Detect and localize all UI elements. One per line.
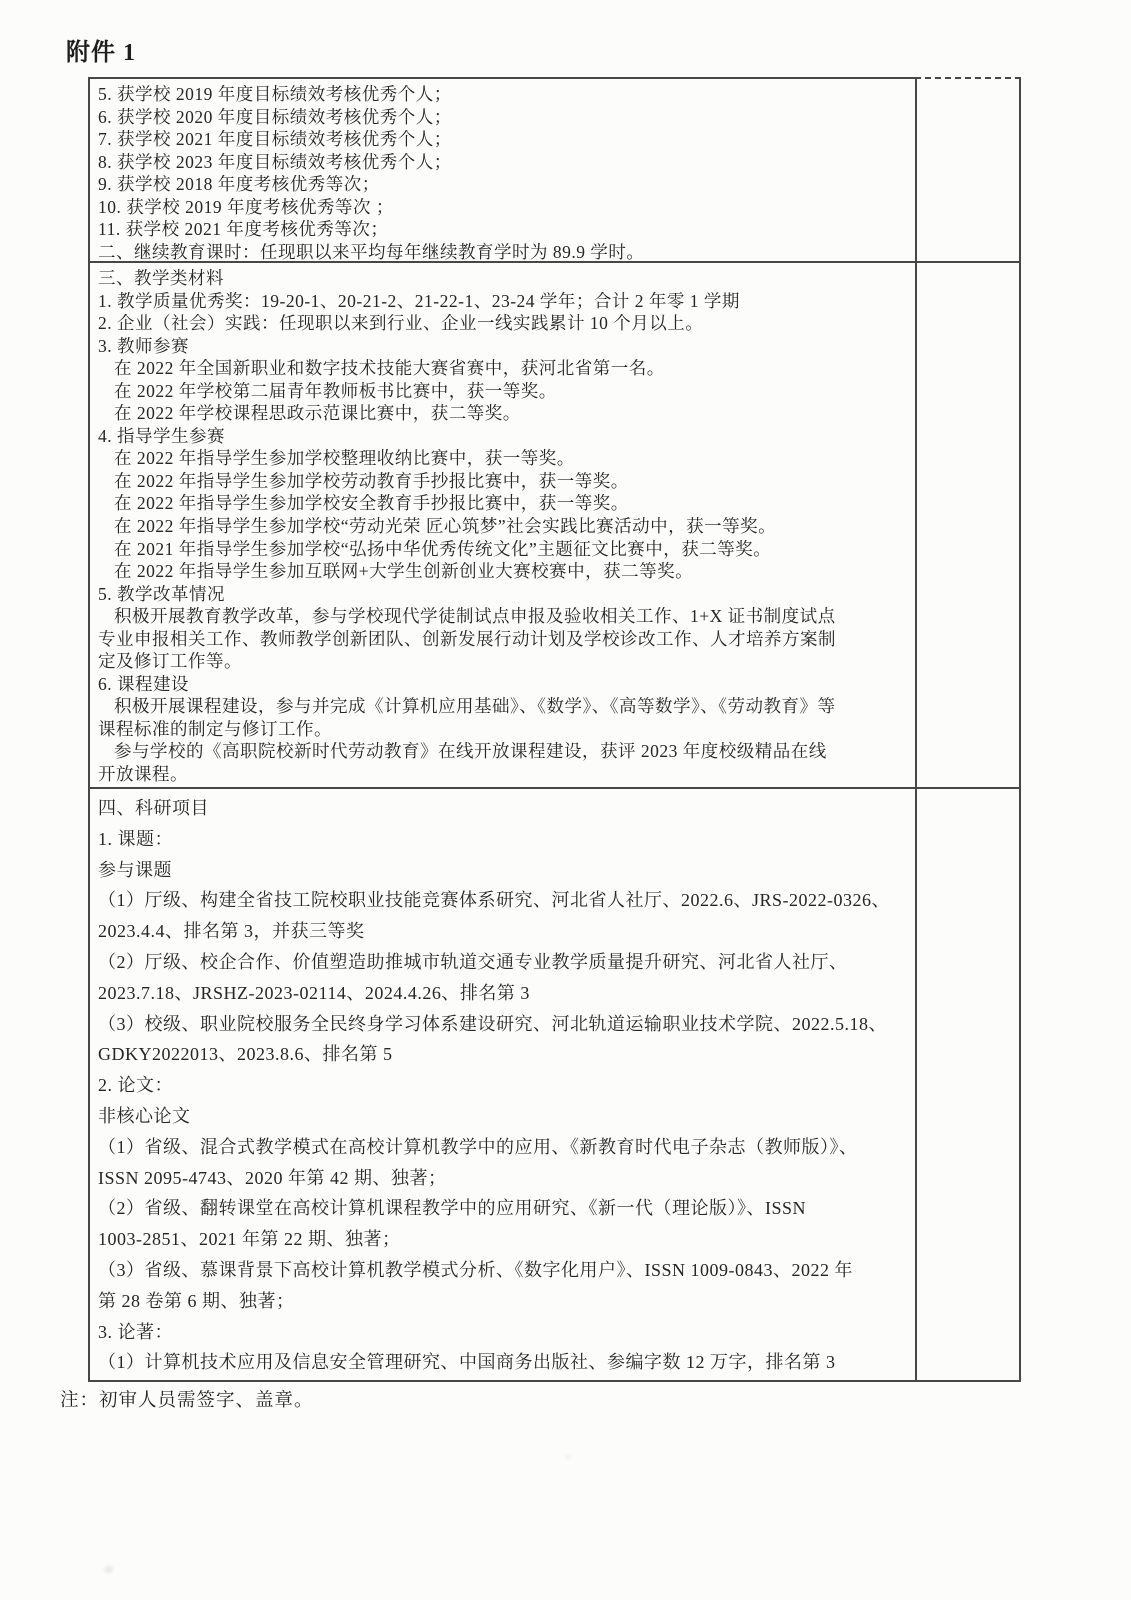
table-text-line: 6. 课程建设 — [98, 673, 909, 696]
table-text-line: 积极开展课程建设，参与并完成《计算机应用基础》、《数学》、《高等数学》、《劳动教… — [98, 695, 909, 718]
table-text-line: 在 2022 年指导学生参加互联网+大学生创新创业大赛校赛中，获二等奖。 — [98, 560, 909, 583]
table-text-line: 4. 指导学生参赛 — [98, 425, 909, 448]
table-text-line: ISSN 2095-4743、2020 年第 42 期、独著； — [98, 1163, 909, 1194]
review-materials-table: 5. 获学校 2019 年度目标绩效考核优秀个人；6. 获学校 2020 年度目… — [88, 77, 1021, 1382]
table-cell-reviewer-column-row2 — [915, 261, 1021, 787]
table-text-line: 积极开展教育教学改革，参与学校现代学徒制试点申报及验收相关工作、1+X 证书制度… — [98, 605, 909, 628]
table-text-line: （1）省级、混合式教学模式在高校计算机教学中的应用、《新教育时代电子杂志（教师版… — [98, 1132, 909, 1163]
table-text-line: 1. 课题： — [98, 824, 909, 855]
table-text-line: 3. 论著： — [98, 1317, 909, 1348]
scan-artifact — [565, 1455, 571, 1459]
table-text-line: 在 2021 年指导学生参加学校“弘扬中华优秀传统文化”主题征文比赛中，获二等奖… — [98, 538, 909, 561]
table-text-line: （2）厅级、校企合作、价值塑造助推城市轨道交通专业教学质量提升研究、河北省人社厅… — [98, 947, 909, 978]
table-text-line: （2）省级、翻转课堂在高校计算机课程教学中的应用研究、《新一代（理论版）》、IS… — [98, 1193, 909, 1224]
table-text-line: （1）厅级、构建全省技工院校职业技能竞赛体系研究、河北省人社厅、2022.6、J… — [98, 885, 909, 916]
table-text-line: 第 28 卷第 6 期、独著； — [98, 1286, 909, 1317]
table-text-line: 10. 获学校 2019 年度考核优秀等次 ； — [98, 196, 909, 219]
table-text-line: 5. 教学改革情况 — [98, 583, 909, 606]
table-cell-reviewer-column-row1 — [915, 77, 1021, 261]
table-text-line: 2. 论文： — [98, 1070, 909, 1101]
table-text-line: 2. 企业（社会）实践：任现职以来到行业、企业一线实践累计 10 个月以上。 — [98, 312, 909, 335]
table-text-line: 5. 获学校 2019 年度目标绩效考核优秀个人； — [98, 83, 909, 106]
table-cell-reviewer-column-row3 — [915, 787, 1021, 1382]
table-text-line: 2023.7.18、JRSHZ-2023-02114、2024.4.26、排名第… — [98, 978, 909, 1009]
table-cell-research-projects: 四、科研项目1. 课题：参与课题（1）厅级、构建全省技工院校职业技能竞赛体系研究… — [88, 787, 915, 1382]
table-text-line: 在 2022 年指导学生参加学校安全教育手抄报比赛中，获一等奖。 — [98, 492, 909, 515]
table-text-line: 2023.4.4、排名第 3，并获三等奖 — [98, 916, 909, 947]
table-text-line: （3）校级、职业院校服务全民终身学习体系建设研究、河北轨道运输职业技术学院、20… — [98, 1009, 909, 1040]
table-text-line: 在 2022 年指导学生参加学校“劳动光荣 匠心筑梦”社会实践比赛活动中，获一等… — [98, 515, 909, 538]
table-text-line: 课程标准的制定与修订工作。 — [98, 718, 909, 741]
table-text-line: （1）计算机技术应用及信息安全管理研究、中国商务出版社、参编字数 12 万字，排… — [98, 1347, 909, 1378]
table-text-line: （3）省级、慕课背景下高校计算机教学模式分析、《数字化用户》、ISSN 1009… — [98, 1255, 909, 1286]
table-text-line: 在 2022 年学校课程思政示范课比赛中，获二等奖。 — [98, 402, 909, 425]
table-text-line: 专业申报相关工作、教师教学创新团队、创新发展行动计划及学校诊改工作、人才培养方案… — [98, 628, 909, 651]
table-text-line: 在 2022 年指导学生参加学校整理收纳比赛中，获一等奖。 — [98, 447, 909, 470]
table-text-line: 8. 获学校 2023 年度目标绩效考核优秀个人； — [98, 151, 909, 174]
table-text-line: 6. 获学校 2020 年度目标绩效考核优秀个人； — [98, 106, 909, 129]
table-text-line: 开放课程。 — [98, 763, 909, 786]
scan-artifact — [104, 1566, 113, 1573]
table-text-line: 定及修订工作等。 — [98, 650, 909, 673]
attachment-title: 附件 1 — [66, 32, 136, 67]
table-text-line: 在 2022 年学校第二届青年教师板书比赛中，获一等奖。 — [98, 380, 909, 403]
table-text-line: GDKY2022013、2023.8.6、排名第 5 — [98, 1039, 909, 1070]
table-cell-teaching-materials: 三、教学类材料1. 教学质量优秀奖：19-20-1、20-21-2、21-22-… — [88, 261, 915, 787]
table-text-line: 三、教学类材料 — [98, 267, 909, 290]
table-text-line: 1. 教学质量优秀奖：19-20-1、20-21-2、21-22-1、23-24… — [98, 290, 909, 313]
table-cell-performance-awards: 5. 获学校 2019 年度目标绩效考核优秀个人；6. 获学校 2020 年度目… — [88, 77, 915, 261]
table-text-line: 参与课题 — [98, 855, 909, 886]
table-text-line: 3. 教师参赛 — [98, 335, 909, 358]
table-text-line: 在 2022 年指导学生参加学校劳动教育手抄报比赛中，获一等奖。 — [98, 470, 909, 493]
table-text-line: 非核心论文 — [98, 1101, 909, 1132]
table-text-line: 9. 获学校 2018 年度考核优秀等次； — [98, 173, 909, 196]
table-text-line: 1003-2851、2021 年第 22 期、独著； — [98, 1224, 909, 1255]
table-text-line: 7. 获学校 2021 年度目标绩效考核优秀个人； — [98, 128, 909, 151]
footnote-reviewer-signature: 注：初审人员需签字、盖章。 — [60, 1386, 314, 1412]
table-text-line: 在 2022 年全国新职业和数字技术技能大赛省赛中，获河北省第一名。 — [98, 357, 909, 380]
scanned-document-page: 附件 1 5. 获学校 2019 年度目标绩效考核优秀个人；6. 获学校 202… — [0, 0, 1131, 1600]
table-text-line: 四、科研项目 — [98, 793, 909, 824]
table-text-line: 11. 获学校 2021 年度考核优秀等次； — [98, 218, 909, 241]
table-text-line: 二、继续教育课时：任现职以来平均每年继续教育学时为 89.9 学时。 — [98, 241, 909, 261]
table-text-line: 参与学校的《高职院校新时代劳动教育》在线开放课程建设，获评 2023 年度校级精… — [98, 740, 909, 763]
